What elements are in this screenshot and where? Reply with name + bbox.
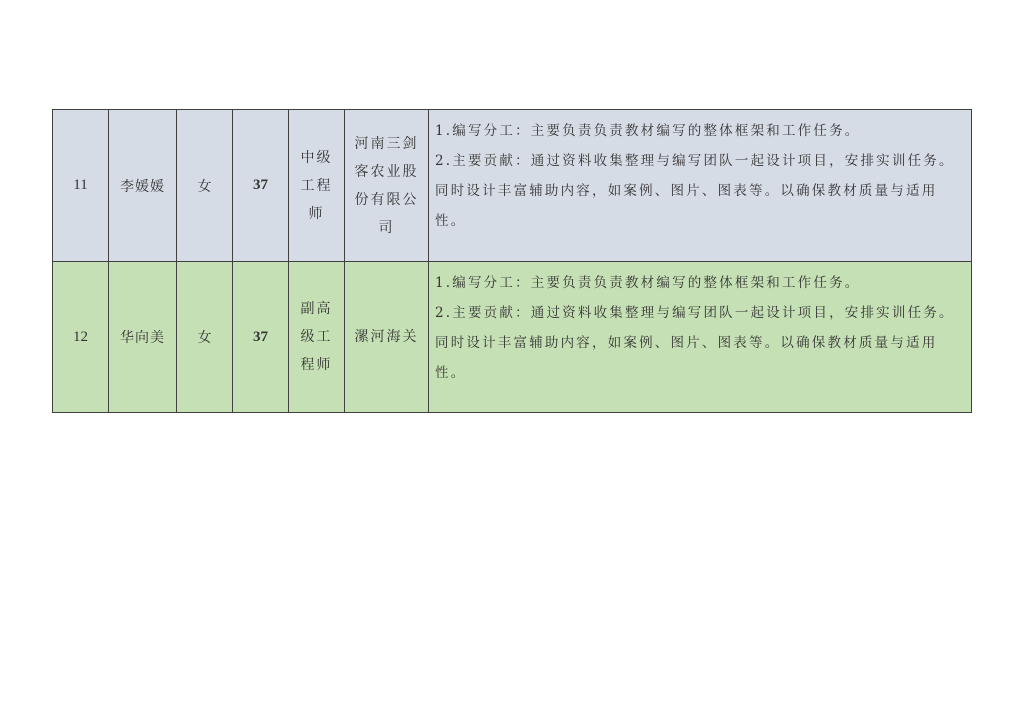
description-division: 1.编写分工：主要负责负责教材编写的整体框架和工作任务。 — [435, 116, 967, 146]
cell-organization: 河南三剑 客农业股 份有限公 司 — [345, 110, 429, 262]
cell-name: 李媛媛 — [109, 110, 177, 262]
cell-number: 12 — [53, 262, 109, 413]
description-contribution: 2.主要贡献：通过资料收集整理与编写团队一起设计项目，安排实训任务。同时设计丰富… — [435, 298, 967, 388]
cell-description: 1.编写分工：主要负责负责教材编写的整体框架和工作任务。 2.主要贡献：通过资料… — [429, 110, 972, 262]
cell-gender: 女 — [177, 110, 233, 262]
cell-age: 37 — [233, 110, 289, 262]
cell-name: 华向美 — [109, 262, 177, 413]
cell-title: 副高 级工 程师 — [289, 262, 345, 413]
cell-number: 11 — [53, 110, 109, 262]
organization-text: 河南三剑 客农业股 份有限公 司 — [355, 130, 419, 242]
organization-text: 漯河海关 — [355, 323, 419, 351]
table-row: 12 华向美 女 37 副高 级工 程师 漯河海关 1.编写分工：主要负责负责教… — [53, 262, 972, 413]
cell-age: 37 — [233, 262, 289, 413]
cell-gender: 女 — [177, 262, 233, 413]
cell-title: 中级 工程 师 — [289, 110, 345, 262]
table-row: 11 李媛媛 女 37 中级 工程 师 河南三剑 客农业股 份有限公 司 1.编… — [53, 110, 972, 262]
title-text: 中级 工程 师 — [301, 144, 333, 228]
description-contribution: 2.主要贡献：通过资料收集整理与编写团队一起设计项目，安排实训任务。同时设计丰富… — [435, 146, 967, 236]
cell-description: 1.编写分工：主要负责负责教材编写的整体框架和工作任务。 2.主要贡献：通过资料… — [429, 262, 972, 413]
title-text: 副高 级工 程师 — [301, 295, 333, 379]
cell-organization: 漯河海关 — [345, 262, 429, 413]
contributors-table: 11 李媛媛 女 37 中级 工程 师 河南三剑 客农业股 份有限公 司 1.编… — [52, 109, 972, 413]
description-division: 1.编写分工：主要负责负责教材编写的整体框架和工作任务。 — [435, 268, 967, 298]
